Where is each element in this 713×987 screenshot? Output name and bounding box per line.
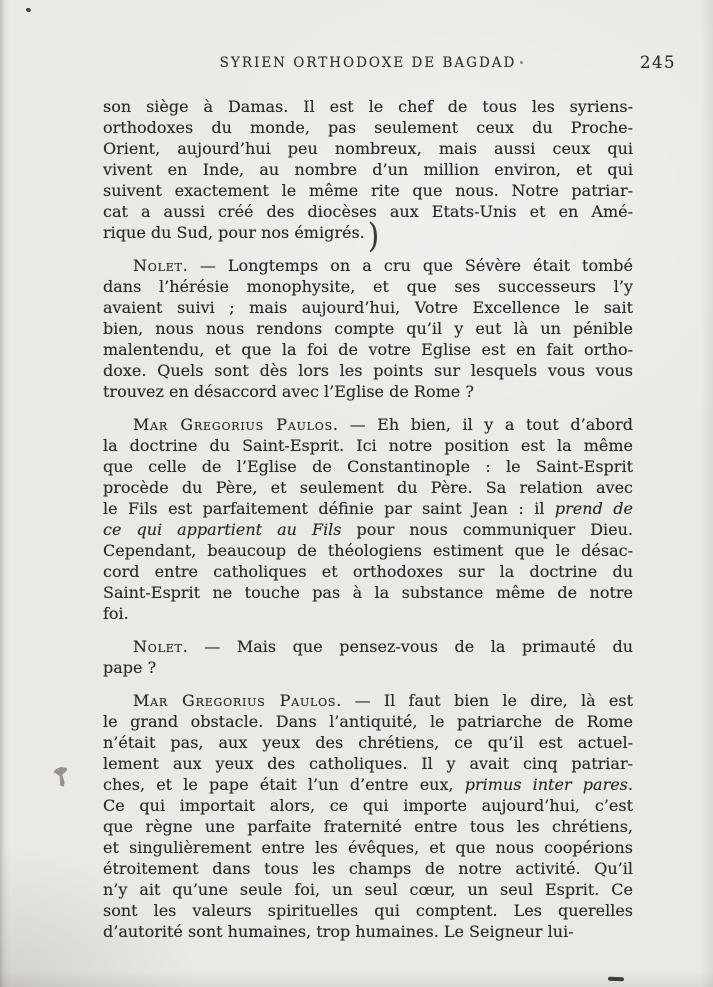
text-segment: n’y ait qu’une seule foi, un seul cœur, … (103, 880, 633, 899)
italic-phrase: ce qui appartient au Fils (103, 520, 342, 539)
speaker-name: Mar Gregorius Paulos (133, 415, 333, 434)
text-segment: Saint-Esprit ne touche pas à la substanc… (103, 583, 633, 602)
text-line: la doctrine du Saint-Esprit. Ici notre p… (103, 435, 633, 456)
text-line: cord entre catholiques et orthodoxes sur… (103, 561, 633, 582)
text-line: rique du Sud, pour nos émigrés.) (103, 222, 633, 243)
text-line: vivent en Inde, au nombre d’un million e… (103, 159, 633, 180)
text-line: Ce qui importait alors, ce qui importe a… (103, 795, 633, 816)
text-line: le grand obstacle. Dans l’antiquité, le … (103, 711, 633, 732)
text-segment: sont les valeurs spirituelles qui compte… (103, 901, 633, 920)
text-segment: . — Longtemps on a cru que Sévère était … (183, 256, 633, 275)
text-segment: . (628, 775, 633, 794)
text-line: foi. (103, 603, 633, 624)
text-segment: n’était pas, aux yeux des chrétiens, ce … (103, 733, 633, 752)
text-line: orthodoxes du monde, pas seulement ceux … (103, 117, 633, 138)
paragraph: Mar Gregorius Paulos. — Eh bien, il y a … (103, 414, 633, 624)
text-line: malentendu, et que la foi de votre Eglis… (103, 339, 633, 360)
text-line: n’y ait qu’une seule foi, un seul cœur, … (103, 879, 633, 900)
page-bottom-mark (608, 977, 624, 982)
text-segment: . — Il faut bien le dire, là est (336, 691, 633, 710)
text-segment: que celle de l’Eglise de Constantinople … (103, 457, 633, 476)
text-segment: . — Mais que pensez-vous de la primauté … (183, 637, 633, 656)
paragraph: son siège à Damas. Il est le chef de tou… (103, 96, 633, 243)
text-line: Nolet. — Mais que pensez-vous de la prim… (103, 636, 633, 657)
speaker-name: Mar Gregorius Paulos (133, 691, 336, 710)
text-line: doxe. Quels sont dès lors les points sur… (103, 360, 633, 381)
text-line: sont les valeurs spirituelles qui compte… (103, 900, 633, 921)
speaker-name: Nolet (133, 256, 183, 275)
text-segment: vivent en Inde, au nombre d’un million e… (103, 160, 633, 179)
text-line: avaient suivi ; mais aujourd’hui, Votre … (103, 297, 633, 318)
text-line: que celle de l’Eglise de Constantinople … (103, 456, 633, 477)
text-line: et singulièrement entre les évêques, et … (103, 837, 633, 858)
text-line: que règne une parfaite fraternité entre … (103, 816, 633, 837)
text-line: Mar Gregorius Paulos. — Il faut bien le … (103, 690, 633, 711)
text-line: n’était pas, aux yeux des chrétiens, ce … (103, 732, 633, 753)
text-line: dans l’hérésie monophysite, et que ses s… (103, 276, 633, 297)
text-line: le Fils est parfaitement définie par sai… (103, 498, 633, 519)
text-segment: . — Eh bien, il y a tout d’abord (333, 415, 633, 434)
text-segment: rique du Sud, pour nos émigrés. (103, 223, 365, 242)
text-segment: d’autorité sont humaines, trop humaines.… (103, 922, 574, 941)
paragraph: Mar Gregorius Paulos. — Il faut bien le … (103, 690, 633, 942)
text-line: ce qui appartient au Fils pour nous comm… (103, 519, 633, 540)
text-segment: suivent exactement le même rite que nous… (103, 181, 633, 200)
running-header: SYRIEN ORTHODOXE DE BAGDAD 245 (103, 55, 633, 75)
text-line: d’autorité sont humaines, trop humaines.… (103, 921, 633, 942)
text-segment: Ce qui importait alors, ce qui importe a… (103, 796, 633, 815)
body-text: son siège à Damas. Il est le chef de tou… (103, 96, 633, 942)
text-segment: lement aux yeux des catholiques. Il y av… (103, 754, 633, 773)
italic-phrase: prend de (555, 499, 633, 518)
text-segment: doxe. Quels sont dès lors les points sur… (103, 361, 633, 380)
text-line: Orient, aujourd’hui peu nombreux, mais a… (103, 138, 633, 159)
text-line: lement aux yeux des catholiques. Il y av… (103, 753, 633, 774)
text-segment: le Fils est parfaitement définie par sai… (103, 499, 555, 518)
text-segment: le grand obstacle. Dans l’antiquité, le … (103, 712, 633, 731)
text-segment: cord entre catholiques et orthodoxes sur… (103, 562, 633, 581)
ink-speck (520, 61, 523, 64)
text-line: ches, et le pape était l’un d’entre eux,… (103, 774, 633, 795)
ink-speck (26, 7, 32, 12)
paragraph: Nolet. — Longtemps on a cru que Sévère é… (103, 255, 633, 402)
scanned-page: SYRIEN ORTHODOXE DE BAGDAD 245 son siège… (0, 0, 713, 987)
text-segment: bien, nous nous rendons compte qu’il y e… (103, 319, 633, 338)
text-segment: la doctrine du Saint-Esprit. Ici notre p… (103, 436, 633, 455)
page-number: 245 (640, 53, 676, 72)
text-segment: et singulièrement entre les évêques, et … (103, 838, 633, 857)
text-segment: avaient suivi ; mais aujourd’hui, Votre … (103, 298, 633, 317)
text-line: son siège à Damas. Il est le chef de tou… (103, 96, 633, 117)
text-segment: dans l’hérésie monophysite, et que ses s… (103, 277, 633, 296)
text-segment: malentendu, et que la foi de votre Eglis… (103, 340, 633, 359)
text-segment: pour nous communiquer Dieu. (342, 520, 633, 539)
pencil-mark (53, 766, 69, 787)
italic-phrase: primus inter pares (465, 775, 628, 794)
text-line: pape ? (103, 657, 633, 678)
text-segment: que règne une parfaite fraternité entre … (103, 817, 633, 836)
text-segment: son siège à Damas. Il est le chef de tou… (103, 97, 633, 116)
speaker-name: Nolet (133, 637, 183, 656)
text-line: bien, nous nous rendons compte qu’il y e… (103, 318, 633, 339)
text-line: Saint-Esprit ne touche pas à la substanc… (103, 582, 633, 603)
header-title: SYRIEN ORTHODOXE DE BAGDAD (103, 55, 633, 71)
text-line: Nolet. — Longtemps on a cru que Sévère é… (103, 255, 633, 276)
text-segment: étroitement dans tous les champs de notr… (103, 859, 633, 878)
text-line: Cependant, beaucoup de théologiens estim… (103, 540, 633, 561)
text-segment: procède du Père, et seulement du Père. S… (103, 478, 633, 497)
paragraph: Nolet. — Mais que pensez-vous de la prim… (103, 636, 633, 678)
text-segment: trouvez en désaccord avec l’Eglise de Ro… (103, 382, 474, 401)
text-line: suivent exactement le même rite que nous… (103, 180, 633, 201)
text-line: étroitement dans tous les champs de notr… (103, 858, 633, 879)
text-segment: Orient, aujourd’hui peu nombreux, mais a… (103, 139, 633, 158)
text-line: trouvez en désaccord avec l’Eglise de Ro… (103, 381, 633, 402)
text-segment: Cependant, beaucoup de théologiens estim… (103, 541, 633, 560)
text-segment: pape ? (103, 658, 156, 677)
text-line: Mar Gregorius Paulos. — Eh bien, il y a … (103, 414, 633, 435)
text-segment: ches, et le pape était l’un d’entre eux, (103, 775, 465, 794)
text-line: procède du Père, et seulement du Père. S… (103, 477, 633, 498)
text-segment: orthodoxes du monde, pas seulement ceux … (103, 118, 633, 137)
text-segment: foi. (103, 604, 129, 623)
